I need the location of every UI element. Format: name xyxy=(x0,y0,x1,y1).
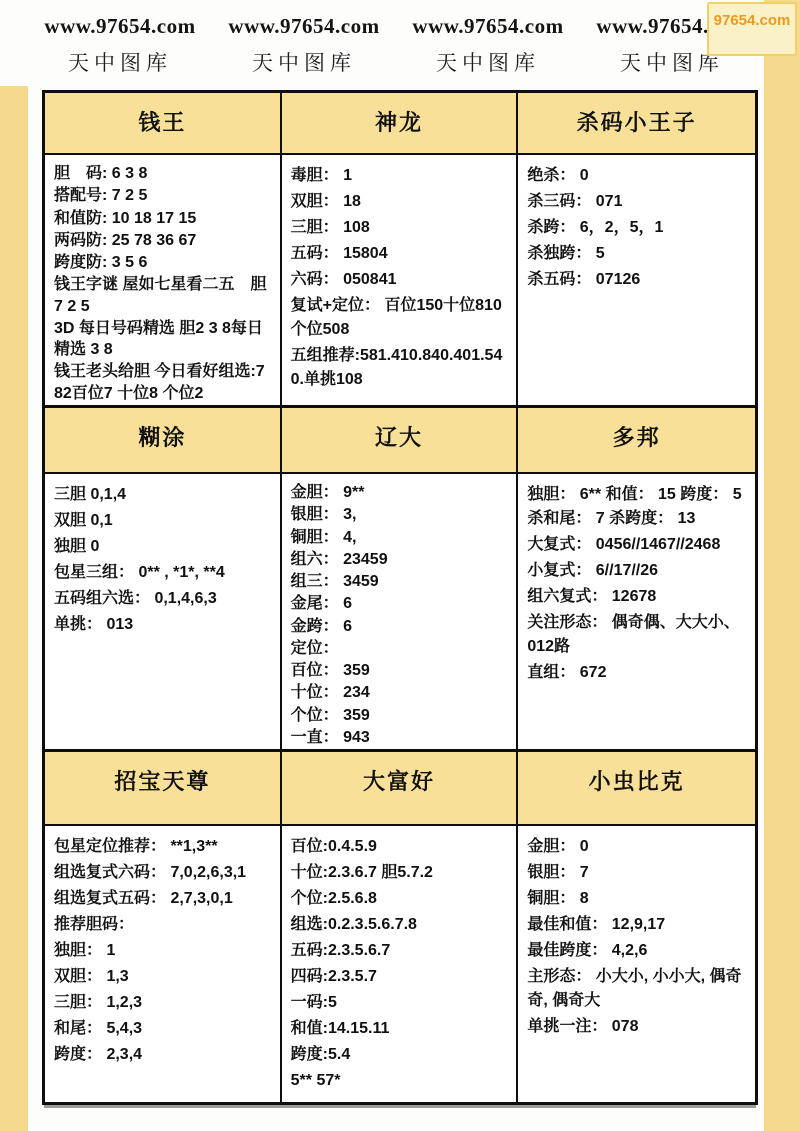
tip-line: 毒胆： 1 xyxy=(291,164,509,188)
tip-line: 跨度防: 3 5 6 xyxy=(54,252,272,273)
tip-line: 金胆： 9** xyxy=(291,482,509,503)
cell-title: 多邦 xyxy=(518,408,755,474)
cell-body: 包星定位推荐： **1,3**组选复式六码： 7,0,2,6,3,1组选复式五码… xyxy=(45,826,282,1102)
tip-line: 主形态： 小大小, 小小大, 偶奇奇, 偶奇大 xyxy=(527,965,747,1013)
site-url: www.97654.com xyxy=(396,14,580,39)
cell-title: 糊涂 xyxy=(45,408,282,474)
cell-title: 钱王 xyxy=(45,93,282,155)
tip-line: 3D 每日号码精选 胆2 3 8每日精选 3 8 xyxy=(54,318,272,361)
tip-line: 最佳跨度： 4,2,6 xyxy=(527,939,747,963)
cell-body: 金胆： 9**银胆： 3,铜胆： 4,组六： 23459组三： 3459金尾： … xyxy=(282,474,519,752)
tip-line: 四码:2.3.5.7 xyxy=(291,965,509,989)
tip-line: 独胆 0 xyxy=(54,535,272,559)
tip-line: 组三： 3459 xyxy=(291,571,509,592)
tip-line: 百位:0.4.5.9 xyxy=(291,835,509,859)
cell-title: 辽大 xyxy=(282,408,519,474)
tip-line: 绝杀： 0 xyxy=(527,164,747,188)
tip-line: 单挑一注： 078 xyxy=(527,1015,747,1039)
site-url: www.97654.com xyxy=(212,14,396,39)
corner-patch xyxy=(0,0,30,86)
tip-line: 钱王老头给胆 今日看好组选:782百位7 十位8 个位2 xyxy=(54,361,272,404)
tip-line: 跨度： 2,3,4 xyxy=(54,1043,272,1067)
masthead-column: www.97654.com天中图库 xyxy=(212,8,396,88)
tip-line: 组六： 23459 xyxy=(291,549,509,570)
tip-line: 五码组六选： 0,1,4,6,3 xyxy=(54,587,272,611)
tip-line: 五码： 15804 xyxy=(291,242,509,266)
tip-line: 组选:0.2.3.5.6.7.8 xyxy=(291,913,509,937)
tip-line: 复试+定位： 百位150十位810个位508 xyxy=(291,294,509,342)
masthead-column: www.97654.com天中图库 xyxy=(396,8,580,88)
cell-body: 三胆 0,1,4双胆 0,1独胆 0包星三组： 0** , *1*, **4五码… xyxy=(45,474,282,752)
site-name: 天中图库 xyxy=(212,47,396,77)
tip-line: 直组： 672 xyxy=(527,661,747,685)
site-name: 天中图库 xyxy=(396,47,580,77)
tip-line: 双胆： 18 xyxy=(291,190,509,214)
tip-line: 个位： 359 xyxy=(291,705,509,726)
tip-line: 五码:2.3.5.6.7 xyxy=(291,939,509,963)
cell-body: 胆 码: 6 3 8搭配号: 7 2 5和值防: 10 18 17 15两码防:… xyxy=(45,155,282,408)
tip-line: 组选复式五码： 2,7,3,0,1 xyxy=(54,887,272,911)
tips-grid: 钱王神龙杀码小王子胆 码: 6 3 8搭配号: 7 2 5和值防: 10 18 … xyxy=(42,90,758,1105)
tip-line: 5** 57* xyxy=(291,1069,509,1093)
tip-line: 双胆 0,1 xyxy=(54,509,272,533)
tip-line: 跨度:5.4 xyxy=(291,1043,509,1067)
site-name: 天中图库 xyxy=(28,47,212,77)
tip-line: 和尾： 5,4,3 xyxy=(54,1017,272,1041)
tip-line: 胆 码: 6 3 8 xyxy=(54,163,272,184)
tip-line: 金跨： 6 xyxy=(291,616,509,637)
tip-line: 一码:5 xyxy=(291,991,509,1015)
tip-line: 包星三组： 0** , *1*, **4 xyxy=(54,561,272,585)
tip-line: 和值:14.15.11 xyxy=(291,1017,509,1041)
tip-line: 金尾： 6 xyxy=(291,593,509,614)
tip-line: 组六复式： 12678 xyxy=(527,585,747,609)
tip-line: 个位:2.5.6.8 xyxy=(291,887,509,911)
cell-title: 杀码小王子 xyxy=(518,93,755,155)
tip-line: 一直： 943 xyxy=(291,727,509,748)
cell-body: 独胆： 6** 和值： 15 跨度： 5 杀和尾： 7 杀跨度： 13大复式： … xyxy=(518,474,755,752)
site-badge-label: 97654.com xyxy=(714,12,791,29)
tip-line: 关注形态： 偶奇偶、大大小、012路 xyxy=(527,611,747,659)
tip-line: 银胆： 3, xyxy=(291,504,509,525)
masthead: www.97654.com天中图库www.97654.com天中图库www.97… xyxy=(28,8,764,88)
tip-line: 三胆： 1,2,3 xyxy=(54,991,272,1015)
tip-line: 铜胆： 8 xyxy=(527,887,747,911)
cell-title: 小虫比克 xyxy=(518,752,755,826)
tip-line: 独胆： 6** 和值： 15 跨度： 5 杀和尾： 7 杀跨度： 13 xyxy=(527,483,747,531)
tip-line: 金胆： 0 xyxy=(527,835,747,859)
tip-line: 三胆 0,1,4 xyxy=(54,483,272,507)
tip-line: 五组推荐:581.410.840.401.540.单挑108 xyxy=(291,344,509,392)
tip-line: 大复式： 0456//1467//2468 xyxy=(527,533,747,557)
tip-line: 组选复式六码： 7,0,2,6,3,1 xyxy=(54,861,272,885)
masthead-column: www.97654.com天中图库 xyxy=(28,8,212,88)
tip-line: 杀跨： 6，2，5，1 xyxy=(527,216,747,240)
tip-line: 百位： 359 xyxy=(291,660,509,681)
tip-line: 十位:2.3.6.7 胆5.7.2 xyxy=(291,861,509,885)
tip-line: 杀三码： 071 xyxy=(527,190,747,214)
cell-body: 绝杀： 0杀三码： 071杀跨： 6，2，5，1杀独跨： 5杀五码： 07126 xyxy=(518,155,755,408)
tip-line: 两码防: 25 78 36 67 xyxy=(54,230,272,251)
cell-title: 大富好 xyxy=(282,752,519,826)
tip-line: 单挑： 013 xyxy=(54,613,272,637)
cell-title: 神龙 xyxy=(282,93,519,155)
tip-line: 钱王字谜 屋如七星看二五 胆7 2 5 xyxy=(54,274,272,317)
tip-line: 包星定位推荐： **1,3** xyxy=(54,835,272,859)
cell-body: 百位:0.4.5.9十位:2.3.6.7 胆5.7.2个位:2.5.6.8组选:… xyxy=(282,826,519,1102)
cell-body: 金胆： 0银胆： 7铜胆： 8最佳和值： 12,9,17最佳跨度： 4,2,6主… xyxy=(518,826,755,1102)
tip-line: 搭配号: 7 2 5 xyxy=(54,185,272,206)
tip-line: 最佳和值： 12,9,17 xyxy=(527,913,747,937)
tip-line: 杀五码： 07126 xyxy=(527,268,747,292)
tip-line: 推荐胆码： xyxy=(54,913,272,937)
site-url: www.97654.com xyxy=(28,14,212,39)
cell-title: 招宝天尊 xyxy=(45,752,282,826)
tip-line: 十位： 234 xyxy=(291,682,509,703)
cell-body: 毒胆： 1双胆： 18三胆： 108五码： 15804六码： 050841复试+… xyxy=(282,155,519,408)
tip-line: 定位： xyxy=(291,638,509,659)
tip-line: 杀独跨： 5 xyxy=(527,242,747,266)
tip-line: 三胆： 108 xyxy=(291,216,509,240)
tip-line: 银胆： 7 xyxy=(527,861,747,885)
tip-line: 铜胆： 4, xyxy=(291,527,509,548)
site-badge: 97654.com xyxy=(707,2,797,56)
tip-line: 和值防: 10 18 17 15 xyxy=(54,208,272,229)
tip-line: 双胆： 1,3 xyxy=(54,965,272,989)
tip-line: 六码： 050841 xyxy=(291,268,509,292)
tip-line: 小复式： 6//17//26 xyxy=(527,559,747,583)
tip-line: 独胆： 1 xyxy=(54,939,272,963)
